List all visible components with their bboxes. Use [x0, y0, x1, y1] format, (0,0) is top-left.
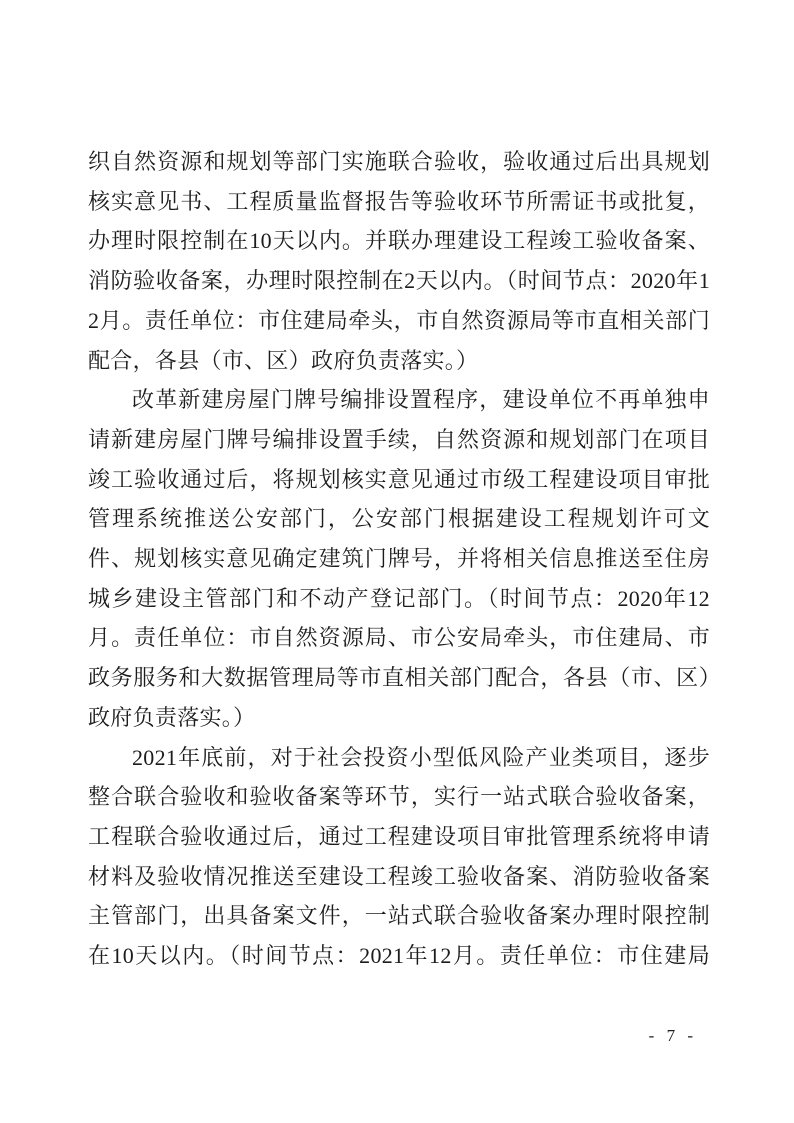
paragraph-one-stop-acceptance-filing: 2021年底前，对于社会投资小型低风险产业类项目，逐步整合联合验收和验收备案等环… [88, 738, 710, 976]
paragraph-house-number-reform: 改革新建房屋门牌号编排设置程序，建设单位不再单独申请新建房屋门牌号编排设置手续，… [88, 380, 710, 737]
page-body-text: 织自然资源和规划等部门实施联合验收，验收通过后出具规划核实意见书、工程质量监督报… [88, 142, 710, 976]
page-number: - 7 - [649, 1026, 697, 1046]
paragraph-joint-acceptance-continuation: 织自然资源和规划等部门实施联合验收，验收通过后出具规划核实意见书、工程质量监督报… [88, 142, 710, 380]
document-page: 织自然资源和规划等部门实施联合验收，验收通过后出具规划核实意见书、工程质量监督报… [0, 0, 794, 1123]
